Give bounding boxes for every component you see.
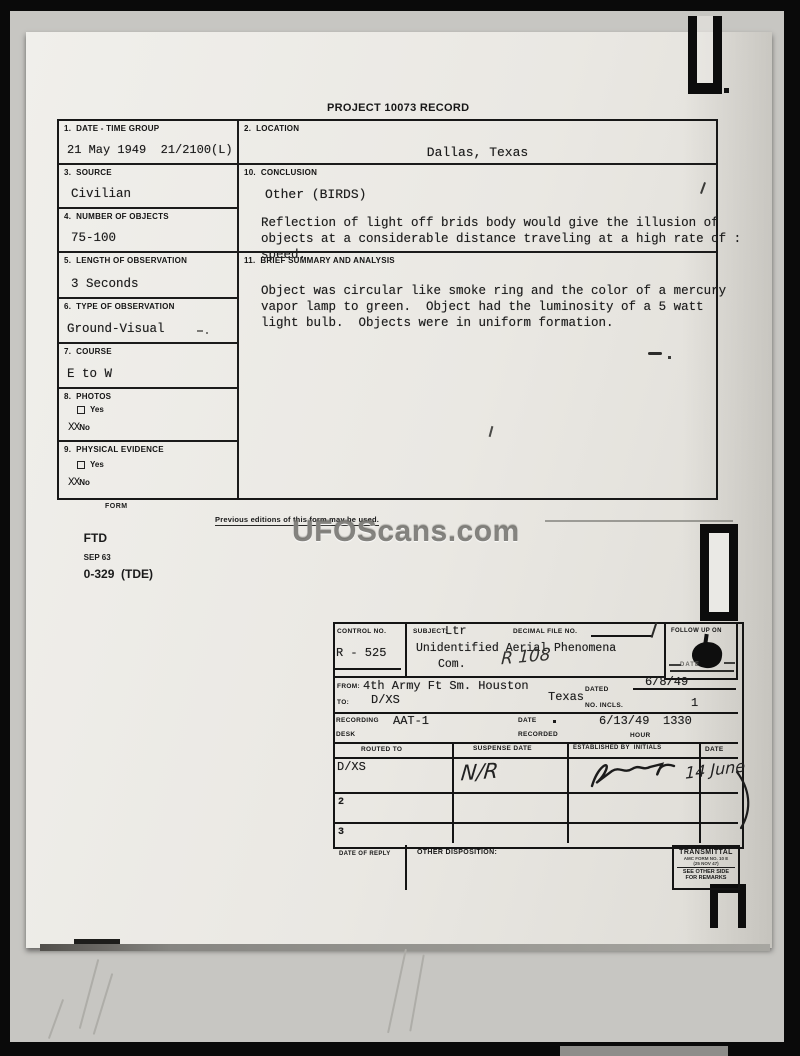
to-label: TO: xyxy=(337,699,349,706)
hour-label: HOUR xyxy=(630,732,651,739)
field-label: 3. SOURCE xyxy=(64,168,112,177)
established-by-signature xyxy=(578,758,690,794)
field-label: 2. LOCATION xyxy=(244,124,299,133)
subject-prefix: Ltr xyxy=(445,624,467,638)
desk-label: DESK xyxy=(336,731,355,738)
field-physical-evidence: 9. PHYSICAL EVIDENCE Yes XXNo xyxy=(59,442,239,498)
no-checked-mark: XX xyxy=(68,477,79,489)
date-recorded-label-date: DATE xyxy=(518,717,537,724)
date-recorded-dot xyxy=(553,720,556,723)
summary-line: Object was circular like smoke ring and … xyxy=(261,283,726,299)
page-title: PROJECT 10073 RECORD xyxy=(327,102,469,114)
decimal-file-label: DECIMAL FILE NO. xyxy=(513,628,577,635)
control-no-underline xyxy=(335,668,401,670)
field-conclusion: 10. CONCLUSION Other (BIRDS) Reflection … xyxy=(239,165,716,253)
yes-label: Yes xyxy=(90,460,104,469)
follow-up-dash xyxy=(724,662,735,664)
established-by-header: ESTABLISHED BY INITIALS xyxy=(573,745,662,751)
transmittal-title: TRANSMITTAL xyxy=(674,849,738,856)
slip-rule xyxy=(335,822,738,824)
from-value-state: Texas xyxy=(548,690,584,704)
conclusion-note-line: speed. xyxy=(261,247,741,263)
no-checked-mark: XX xyxy=(68,422,79,434)
slip-rule xyxy=(567,742,569,843)
routed-row2-number: 2 xyxy=(338,797,344,808)
conclusion-note-line: objects at a considerable distance trave… xyxy=(261,231,741,247)
field-value: Civilian xyxy=(71,187,131,201)
slip-rule xyxy=(405,624,407,676)
form-id: FTD SEP 63 0-329 (TDE) xyxy=(57,511,153,601)
slip-rule xyxy=(335,742,738,744)
field-value: 3 Seconds xyxy=(71,277,139,291)
routed-to-row1-value: D/XS xyxy=(337,760,366,774)
photos-yes-row: Yes xyxy=(77,405,104,414)
summary-text: Object was circular like smoke ring and … xyxy=(261,283,726,331)
other-disposition-label: OTHER DISPOSITION: xyxy=(417,849,497,856)
evidence-no-row: XXNo xyxy=(68,477,90,489)
routed-row3-number: 3 xyxy=(338,827,344,838)
field-value: Ground-Visual xyxy=(67,322,165,336)
field-course: 7. COURSE E to W xyxy=(59,344,239,389)
from-label: FROM: xyxy=(337,683,360,690)
follow-up-date-label: DATE xyxy=(680,662,700,668)
no-label: No xyxy=(79,478,90,487)
date-recorded-label-recorded: RECORDED xyxy=(518,731,558,738)
dated-label: DATED xyxy=(585,686,609,693)
form-id-number: 0-329 (TDE) xyxy=(84,567,153,581)
field-type-of-observation: 6. TYPE OF OBSERVATION Ground-Visual xyxy=(59,299,239,344)
control-no-label: CONTROL NO. xyxy=(337,628,386,635)
follow-up-underline xyxy=(670,670,734,672)
checkbox-yes-icon xyxy=(77,406,85,414)
field-value: 21 May 1949 21/2100(L) xyxy=(67,143,233,157)
field-date-time-group: 1. DATE - TIME GROUP 21 May 1949 21/2100… xyxy=(59,121,239,165)
field-value: E to W xyxy=(67,367,112,381)
decimal-file-blank-line xyxy=(591,635,653,637)
date-header: DATE xyxy=(705,746,724,753)
follow-up-label: FOLLOW UP ON xyxy=(671,628,722,634)
field-source: 3. SOURCE Civilian xyxy=(59,165,239,209)
field-label: 1. DATE - TIME GROUP xyxy=(64,124,159,133)
transmittal-note-line2: FOR REMARKS xyxy=(674,875,738,881)
routed-to-header: ROUTED TO xyxy=(361,746,402,753)
field-photos: 8. PHOTOS Yes XXNo xyxy=(59,389,239,442)
field-brief-summary: 11. BRIEF SUMMARY AND ANALYSIS Object wa… xyxy=(239,253,716,498)
incls-label: NO. INCLS. xyxy=(585,702,623,709)
date-of-reply-label: DATE OF REPLY xyxy=(339,851,391,857)
dated-value: 6/8/49 xyxy=(645,675,688,689)
watermark: UFOScans.com xyxy=(292,515,520,549)
hour-value: 1330 xyxy=(663,714,692,728)
slip-rule xyxy=(405,845,407,890)
summary-line: light bulb. Objects were in uniform form… xyxy=(261,315,726,331)
field-label: 10. CONCLUSION xyxy=(244,168,317,177)
film-punch-mark-top xyxy=(688,16,722,94)
field-value: 75-100 xyxy=(71,231,116,245)
evidence-yes-row: Yes xyxy=(77,460,104,469)
control-no-value: R - 525 xyxy=(336,646,386,660)
conclusion-note: Reflection of light off brids body would… xyxy=(261,215,741,263)
field-label: 7. COURSE xyxy=(64,347,112,356)
suspense-date-handwriting: N/R xyxy=(460,759,500,786)
yes-label: Yes xyxy=(90,405,104,414)
conclusion-note-line: Reflection of light off brids body would… xyxy=(261,215,741,231)
field-value: Dallas, Texas xyxy=(239,145,716,160)
field-label: 4. NUMBER OF OBJECTS xyxy=(64,212,169,221)
incls-value: 1 xyxy=(691,696,698,710)
follow-up-dash xyxy=(669,664,681,666)
field-label: 6. TYPE OF OBSERVATION xyxy=(64,302,175,311)
film-punch-mark-bottom xyxy=(710,884,746,928)
form-id-prefix: FTD xyxy=(84,531,107,545)
slip-rule xyxy=(699,742,701,843)
film-punch-mark-middle xyxy=(700,524,738,621)
slip-rule xyxy=(335,676,665,678)
field-label: 9. PHYSICAL EVIDENCE xyxy=(64,445,164,454)
subject-label: SUBJECT: xyxy=(413,628,448,635)
form-id-date: SEP 63 xyxy=(84,553,111,562)
film-punch-dot xyxy=(724,88,729,93)
field-label: 5. LENGTH OF OBSERVATION xyxy=(64,256,187,265)
recording-label: RECORDING xyxy=(336,717,379,724)
subject-line2: Com. xyxy=(438,658,466,671)
field-label: 8. PHOTOS xyxy=(64,392,111,401)
suspense-date-header: SUSPENSE DATE xyxy=(473,745,532,752)
from-value: 4th Army Ft Sm. Houston xyxy=(363,679,529,693)
conclusion-value: Other (BIRDS) xyxy=(265,187,366,202)
photos-no-row: XXNo xyxy=(68,422,90,434)
no-label: No xyxy=(79,423,90,432)
field-number-of-objects: 4. NUMBER OF OBJECTS 75-100 xyxy=(59,209,239,253)
scanned-document-page: PROJECT 10073 RECORD 1. DATE - TIME GROU… xyxy=(0,0,800,1056)
form-word: FORM xyxy=(105,503,128,510)
routing-slip: CONTROL NO. R - 525 SUBJECT: Ltr Unident… xyxy=(333,622,740,890)
transmittal-divider xyxy=(677,867,735,868)
field-length-of-observation: 5. LENGTH OF OBSERVATION 3 Seconds xyxy=(59,253,239,299)
record-form-table: 1. DATE - TIME GROUP 21 May 1949 21/2100… xyxy=(57,119,718,500)
film-edge-notch xyxy=(560,1046,728,1056)
date-row1-handwriting-tail xyxy=(731,770,759,832)
summary-line: vapor lamp to green. Object had the lumi… xyxy=(261,299,726,315)
recording-desk-value: AAT-1 xyxy=(393,714,429,728)
transmittal-form-date: (25 NOV 47) xyxy=(674,861,738,866)
checkbox-yes-icon xyxy=(77,461,85,469)
date-recorded-value: 6/13/49 xyxy=(599,714,649,728)
field-location: 2. LOCATION Dallas, Texas xyxy=(239,121,716,165)
footer-rule xyxy=(545,520,733,522)
follow-up-box: FOLLOW UP ON DATE xyxy=(664,622,738,680)
slip-rule xyxy=(452,742,454,843)
to-value: D/XS xyxy=(371,693,400,707)
transmittal-box: TRANSMITTAL AMC FORM NO. 10 E (25 NOV 47… xyxy=(672,845,740,890)
